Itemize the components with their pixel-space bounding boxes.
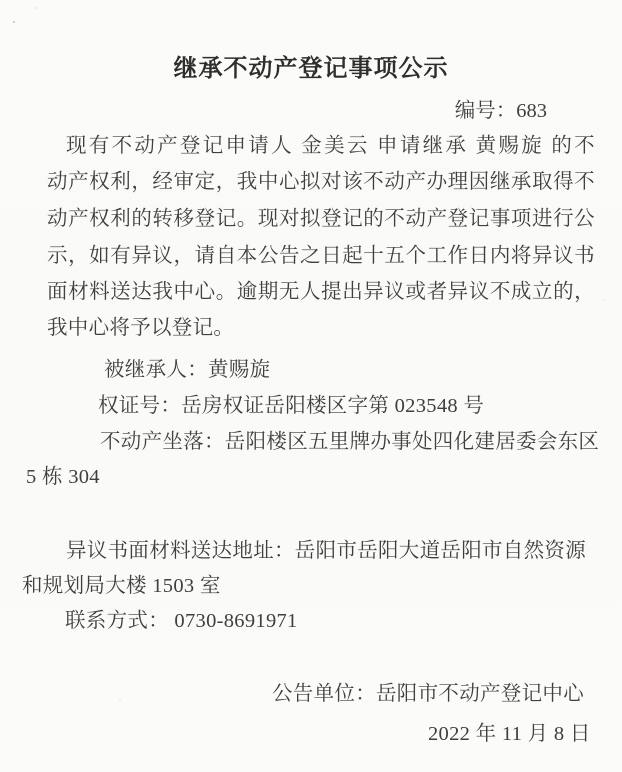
notice-number: 编号：683 <box>455 99 547 123</box>
objection-address-line: 异议书面材料送达地址：岳阳市岳阳大道岳阳市自然资源 <box>66 538 586 564</box>
body-paragraph-line: 现有不动产登记申请人 金美云 申请继承 黄赐旋 的不 <box>66 133 595 159</box>
body-paragraph-line: 面材料送达我中心。逾期无人提出异议或者异议不成立的， <box>47 279 595 305</box>
objection-address-continuation: 和规划局大楼 1503 室 <box>22 573 221 599</box>
body-paragraph-line: 动产权利的转移登记。现对拟登记的不动产登记事项进行公 <box>47 206 595 232</box>
notice-document-page: 继承不动产登记事项公示 编号：683 现有不动产登记申请人 金美云 申请继承 黄… <box>0 0 622 772</box>
cert-number-line: 权证号：岳房权证岳阳楼区字第 023548 号 <box>98 393 484 419</box>
notice-title: 继承不动产登记事项公示 <box>0 54 622 84</box>
date-line: 2022 年 11 月 8 日 <box>428 721 591 747</box>
issuer-line: 公告单位：岳阳市不动产登记中心 <box>272 681 584 707</box>
body-paragraph-line: 我中心将予以登记。 <box>47 315 234 341</box>
decedent-line: 被继承人：黄赐旋 <box>104 357 270 383</box>
body-paragraph-line: 动产权利，经审定，我中心拟对该不动产办理因继承取得不 <box>47 169 595 195</box>
property-location-continuation: 5 栋 304 <box>26 464 100 490</box>
contact-line: 联系方式： 0730-8691971 <box>65 608 298 634</box>
property-location-line: 不动产坐落：岳阳楼区五里牌办事处四化建居委会东区 <box>100 429 599 455</box>
body-paragraph-line: 示，如有异议，请自本公告之日起十五个工作日内将异议书 <box>47 243 595 269</box>
